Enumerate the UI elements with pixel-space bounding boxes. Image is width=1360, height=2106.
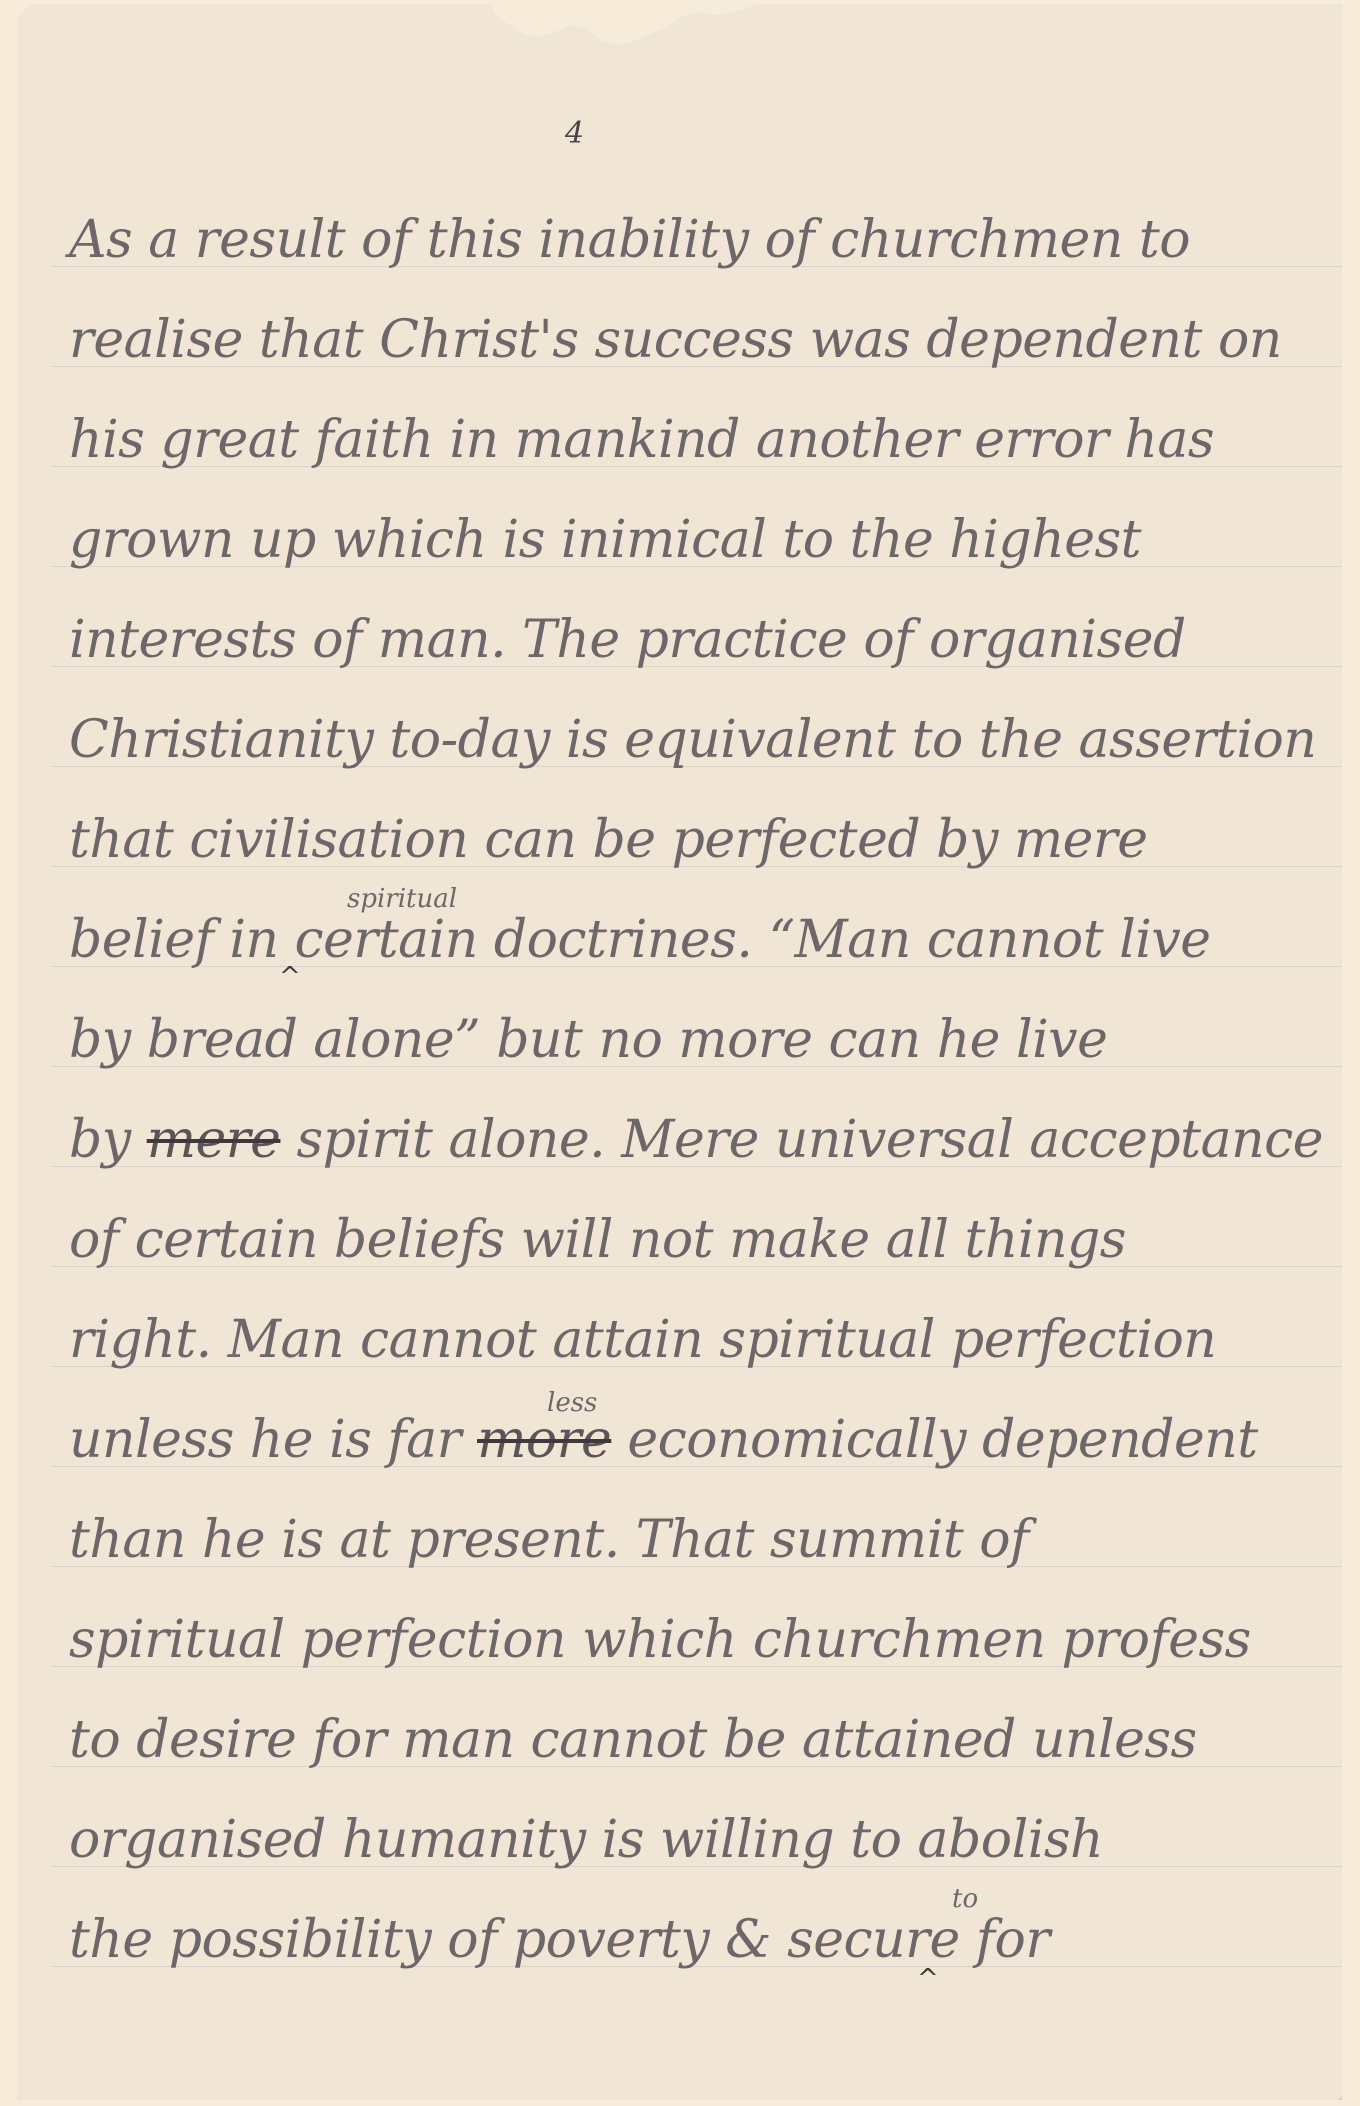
torn-edge xyxy=(493,4,755,47)
text-line-13: unless he is far more economically depen… xyxy=(69,1414,1339,1466)
manuscript-page: 4 As a result of this inability of churc… xyxy=(17,4,1342,2100)
text-line-16: to desire for man cannot be attained unl… xyxy=(69,1714,1339,1766)
text-line-8: belief in certain doctrines. “Man cannot… xyxy=(69,914,1339,966)
line-13-before: unless he is far xyxy=(69,1410,477,1470)
text-line-17: organised humanity is willing to abolish xyxy=(69,1814,1339,1866)
line-10-after: spirit alone. Mere universal acceptance xyxy=(280,1110,1323,1170)
line-18-after: secure for xyxy=(787,1910,1050,1970)
text-line-7: that civilisation can be perfected by me… xyxy=(69,814,1339,866)
text-line-18: the possibility of poverty & secure for xyxy=(69,1914,1339,1966)
text-line-12: right. Man cannot attain spiritual perfe… xyxy=(69,1314,1339,1366)
line-18-before: the possibility of poverty & xyxy=(69,1910,787,1970)
line-10-before: by xyxy=(69,1110,147,1170)
line-8-after: doctrines. “Man cannot live xyxy=(494,910,1211,970)
struck-word: more xyxy=(477,1410,611,1470)
text-line-14: than he is at present. That summit of xyxy=(69,1514,1339,1566)
insertion-caret-icon: ^ xyxy=(279,962,301,992)
text-line-3: his great faith in mankind another error… xyxy=(69,414,1339,466)
page-number: 4 xyxy=(565,116,584,151)
text-line-11: of certain beliefs will not make all thi… xyxy=(69,1214,1339,1266)
text-line-2: realise that Christ's success was depend… xyxy=(69,314,1339,366)
line-13-after: economically dependent xyxy=(611,1410,1257,1470)
text-line-10: by mere spirit alone. Mere universal acc… xyxy=(69,1114,1339,1166)
text-line-4: grown up which is inimical to the highes… xyxy=(69,514,1339,566)
text-line-6: Christianity to-day is equivalent to the… xyxy=(69,714,1339,766)
text-line-1: As a result of this inability of churchm… xyxy=(69,214,1339,266)
text-line-9: by bread alone” but no more can he live xyxy=(69,1014,1339,1066)
insertion-caret-icon: ^ xyxy=(917,1964,939,1994)
line-8-before: belief in certain xyxy=(69,910,494,970)
text-line-15: spiritual perfection which churchmen pro… xyxy=(69,1614,1339,1666)
struck-word: mere xyxy=(147,1110,281,1170)
text-line-5: interests of man. The practice of organi… xyxy=(69,614,1339,666)
